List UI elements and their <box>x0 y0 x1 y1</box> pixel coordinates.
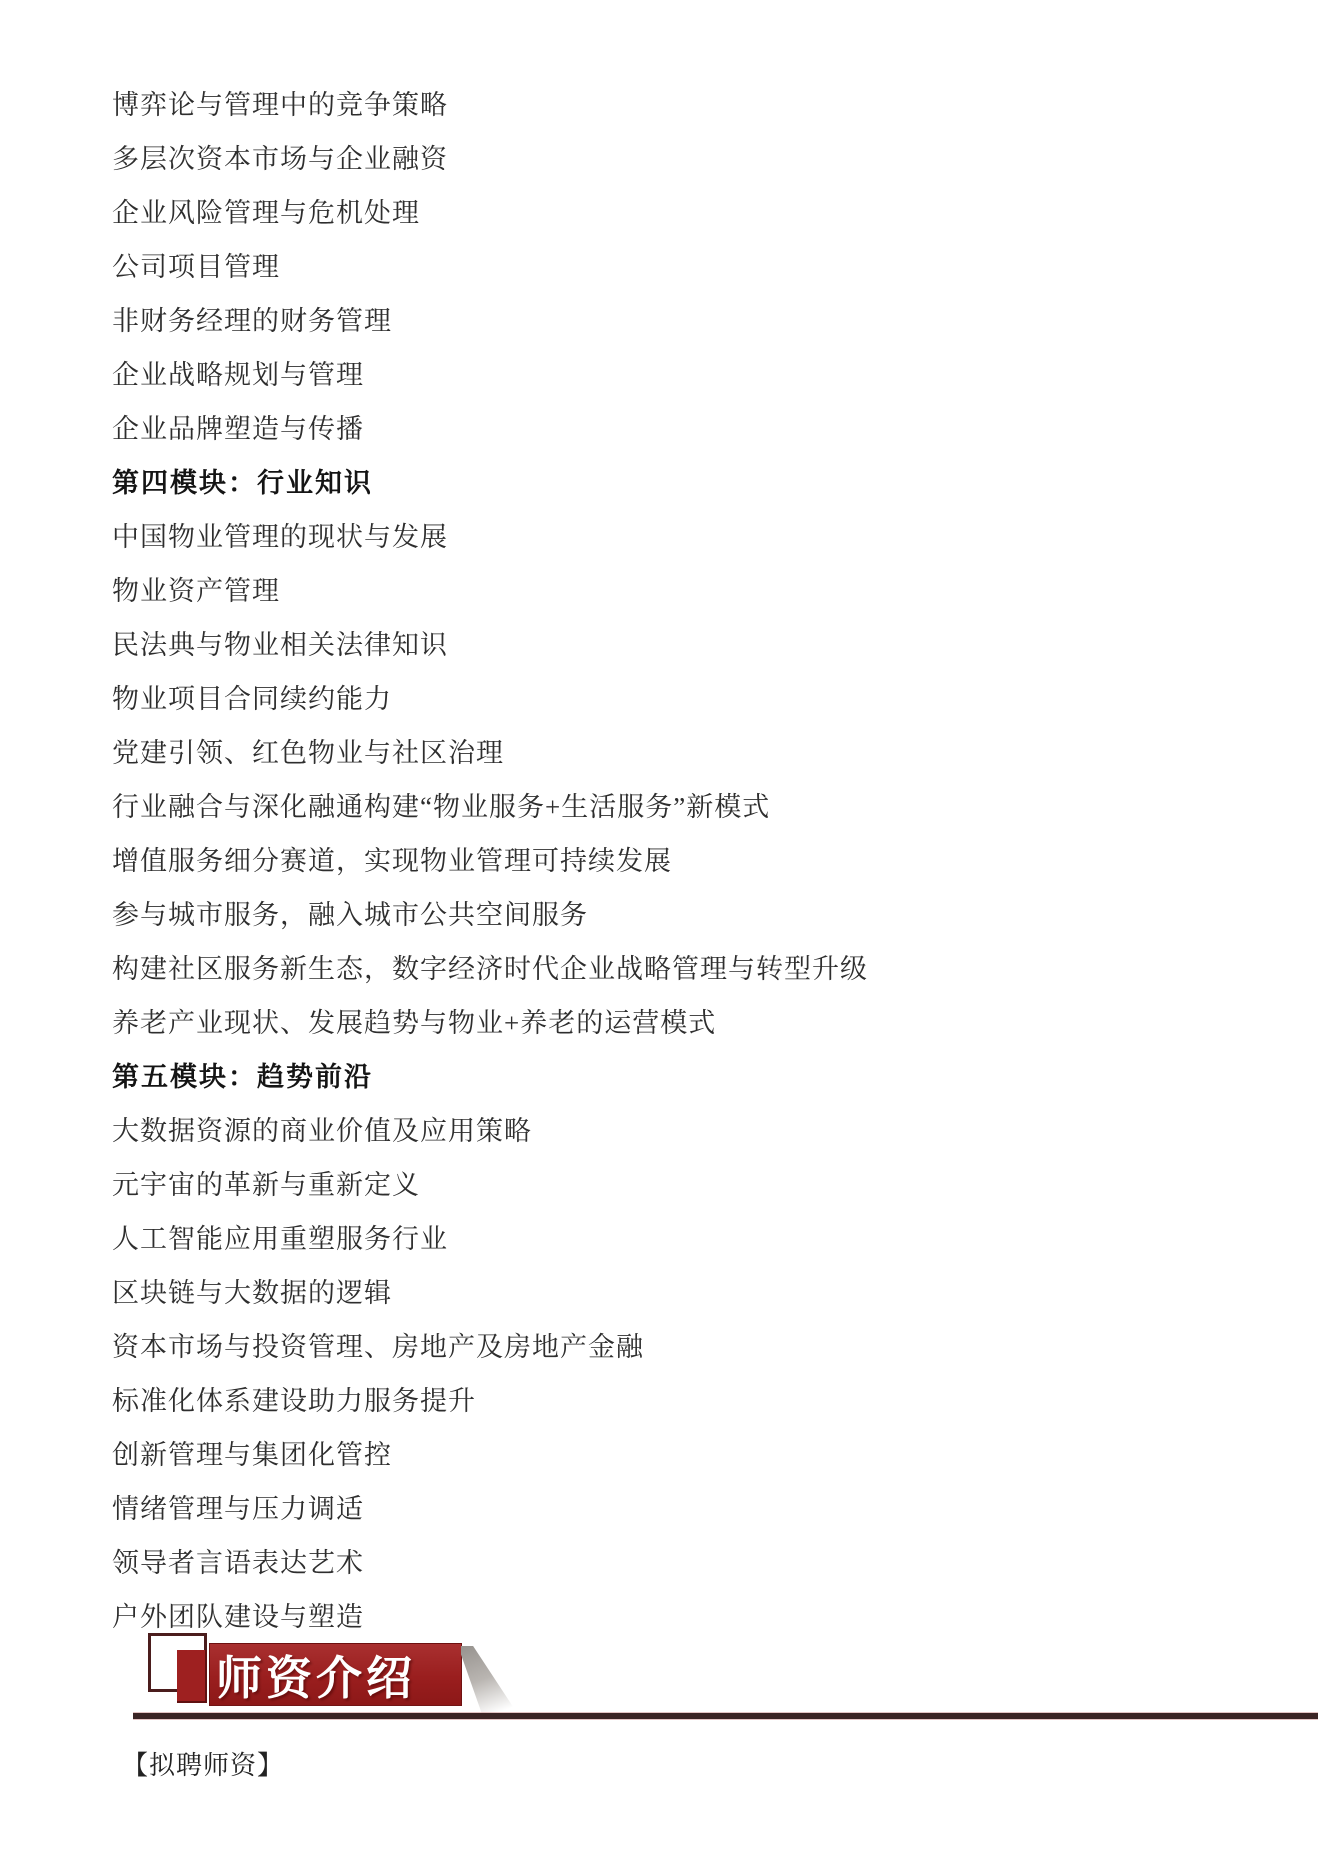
course-line: 元宇宙的革新与重新定义 <box>112 1158 868 1212</box>
course-line: 大数据资源的商业价值及应用策略 <box>112 1104 868 1158</box>
course-line: 企业风险管理与危机处理 <box>112 186 868 240</box>
course-line: 资本市场与投资管理、房地产及房地产金融 <box>112 1320 868 1374</box>
course-line: 中国物业管理的现状与发展 <box>112 510 868 564</box>
course-line: 物业项目合同续约能力 <box>112 672 868 726</box>
banner-title-plate: 师资介绍 <box>209 1643 462 1706</box>
course-line: 多层次资本市场与企业融资 <box>112 132 868 186</box>
course-line: 非财务经理的财务管理 <box>112 294 868 348</box>
course-line: 区块链与大数据的逻辑 <box>112 1266 868 1320</box>
course-line: 构建社区服务新生态，数字经济时代企业战略管理与转型升级 <box>112 942 868 996</box>
course-line: 创新管理与集团化管控 <box>112 1428 868 1482</box>
course-line: 企业品牌塑造与传播 <box>112 402 868 456</box>
banner-square-fill-decoration <box>177 1650 207 1703</box>
banner-title: 师资介绍 <box>210 1642 416 1708</box>
course-line: 情绪管理与压力调适 <box>112 1482 868 1536</box>
course-line: 民法典与物业相关法律知识 <box>112 618 868 672</box>
course-line: 公司项目管理 <box>112 240 868 294</box>
banner-shadow-decoration <box>461 1646 516 1717</box>
course-line: 户外团队建设与塑造 <box>112 1590 868 1644</box>
module-header: 第四模块：行业知识 <box>112 456 868 510</box>
course-line: 养老产业现状、发展趋势与物业+养老的运营模式 <box>112 996 868 1050</box>
course-line: 人工智能应用重塑服务行业 <box>112 1212 868 1266</box>
course-line: 企业战略规划与管理 <box>112 348 868 402</box>
course-line: 增值服务细分赛道，实现物业管理可持续发展 <box>112 834 868 888</box>
course-line: 行业融合与深化融通构建“物业服务+生活服务”新模式 <box>112 780 868 834</box>
course-line: 领导者言语表达艺术 <box>112 1536 868 1590</box>
course-line: 参与城市服务，融入城市公共空间服务 <box>112 888 868 942</box>
course-line: 标准化体系建设助力服务提升 <box>112 1374 868 1428</box>
course-line: 党建引领、红色物业与社区治理 <box>112 726 868 780</box>
course-line: 博弈论与管理中的竞争策略 <box>112 78 868 132</box>
course-line: 物业资产管理 <box>112 564 868 618</box>
document-page: 博弈论与管理中的竞争策略多层次资本市场与企业融资企业风险管理与危机处理公司项目管… <box>0 0 1323 1871</box>
course-list: 博弈论与管理中的竞争策略多层次资本市场与企业融资企业风险管理与危机处理公司项目管… <box>112 78 868 1644</box>
module-header: 第五模块：趋势前沿 <box>112 1050 868 1104</box>
faculty-section-label: 【拟聘师资】 <box>122 1751 284 1781</box>
banner-underline-rule <box>133 1713 1318 1719</box>
